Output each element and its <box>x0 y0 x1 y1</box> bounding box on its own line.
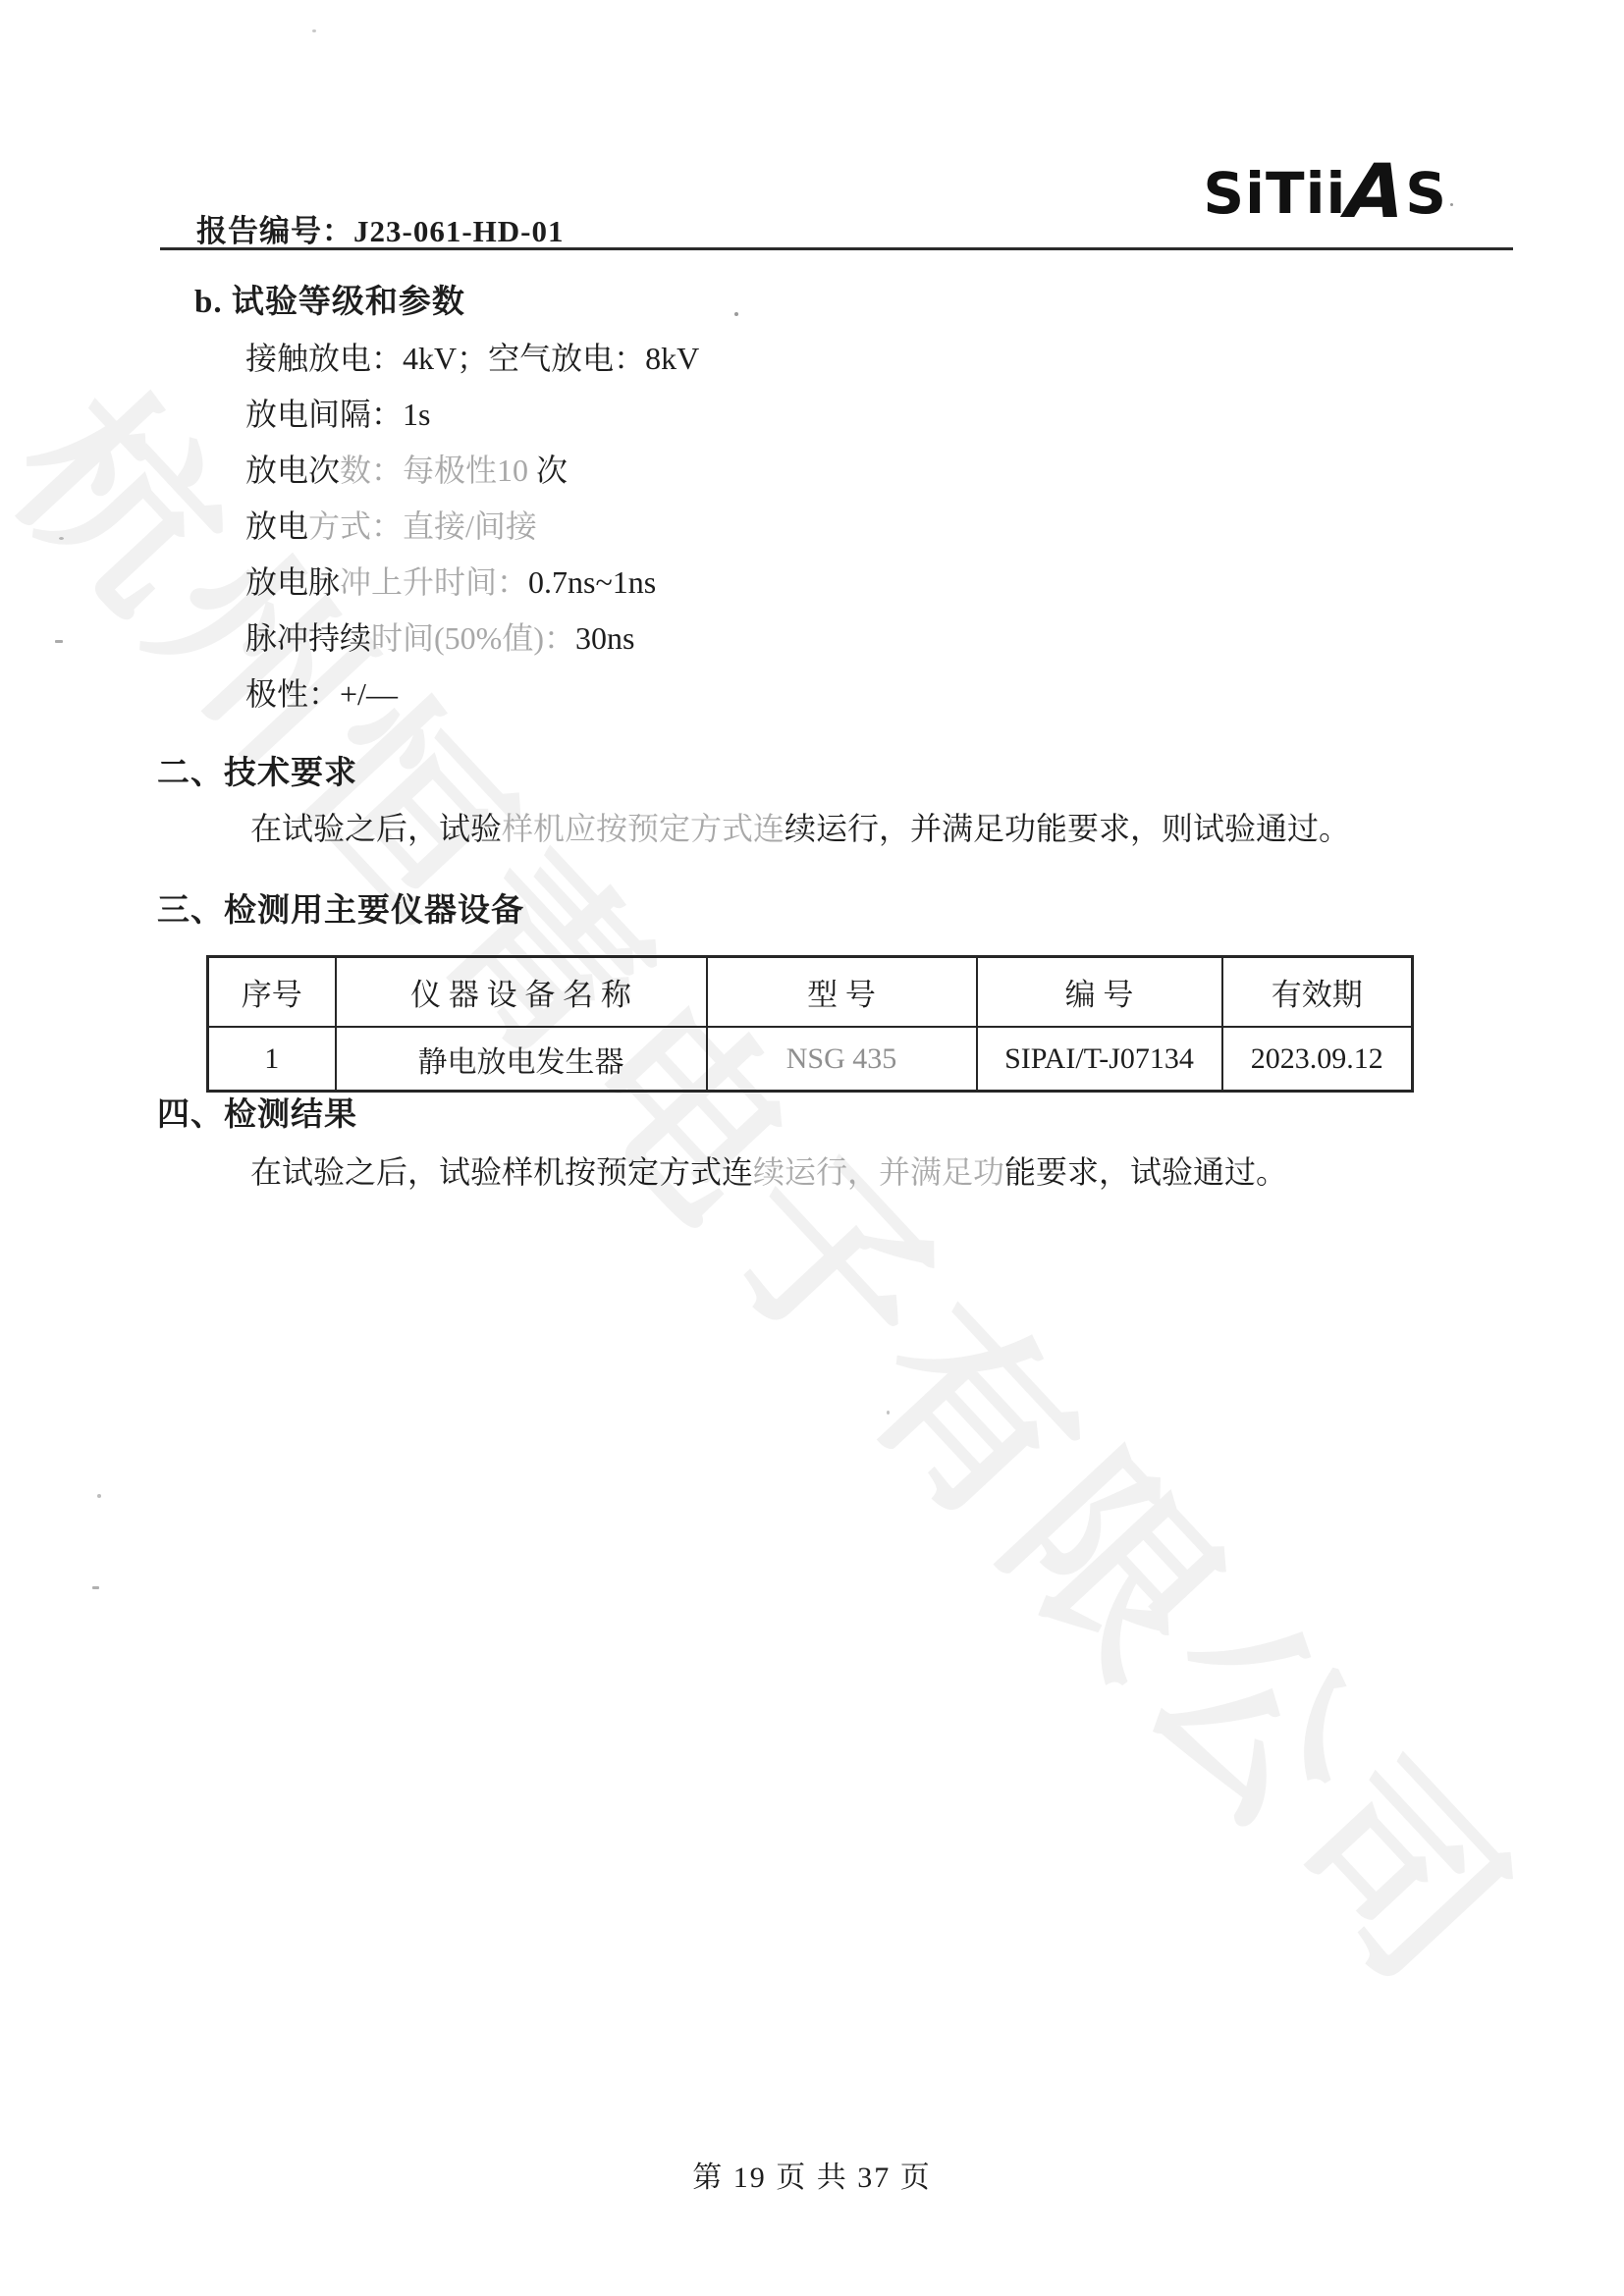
para-text-faded: 样机应按预定方式连 <box>502 811 785 846</box>
param-text-faded: 时间(50%值)： <box>371 620 575 656</box>
para-text: 在试验之后，试验 <box>250 811 502 846</box>
report-number: 报告编号：J23-061-HD-01 <box>196 206 564 250</box>
para-text-faded: 续运行，并满足功 <box>753 1154 1004 1190</box>
param-text-faded: 方式：直接/间接 <box>308 508 537 544</box>
cell-equipment-name: 静电放电发生器 <box>336 1027 707 1092</box>
param-rise-time: 放电脉冲上升时间：0.7ns~1ns <box>245 564 656 601</box>
cell-model: NSG 435 <box>707 1027 977 1092</box>
col-header-serial: 编 号 <box>977 957 1222 1028</box>
para-text: 续运行，并满足功能要求，则试验通过。 <box>785 811 1350 846</box>
param-text-faded: 数：每极性10 <box>340 453 528 488</box>
param-polarity: 极性：+/— <box>245 676 398 713</box>
param-text: 极性：+/— <box>245 676 398 712</box>
scan-speck <box>97 1494 101 1498</box>
col-header-model: 型 号 <box>707 957 977 1028</box>
param-discharge-mode: 放电方式：直接/间接 <box>245 508 537 545</box>
sitiias-logo: SiTiiAS <box>1203 165 1447 222</box>
page-number-footer: 第 19 页 共 37 页 <box>0 2153 1624 2196</box>
equipment-table: 序号 仪 器 设 备 名 称 型 号 编 号 有效期 1 静电放电发生器 NSG… <box>206 955 1414 1093</box>
param-text: 30ns <box>575 620 634 656</box>
param-pulse-duration: 脉冲持续时间(50%值)：30ns <box>245 620 634 657</box>
col-header-validity: 有效期 <box>1222 957 1413 1028</box>
section-4-heading: 四、检测结果 <box>157 1097 357 1135</box>
section-2-paragraph: 在试验之后，试验样机应按预定方式连续运行，并满足功能要求，则试验通过。 <box>250 811 1350 847</box>
cell-validity: 2023.09.12 <box>1222 1027 1413 1092</box>
param-text: 0.7ns~1ns <box>528 564 656 600</box>
section-3-heading: 三、检测用主要仪器设备 <box>157 893 524 931</box>
para-text: 能要求，试验通过。 <box>1004 1154 1287 1190</box>
logo-text-pre: SiTii <box>1203 160 1346 227</box>
param-contact-discharge: 接触放电：4kV；空气放电：8kV <box>245 341 699 377</box>
param-text: 放电 <box>245 508 308 544</box>
param-discharge-interval: 放电间隔：1s <box>245 397 430 433</box>
scan-speck <box>92 1586 99 1589</box>
header-divider <box>160 247 1513 250</box>
section-b-heading: b. 试验等级和参数 <box>194 285 465 322</box>
section-4-paragraph: 在试验之后，试验样机按预定方式连续运行，并满足功能要求，试验通过。 <box>250 1154 1287 1191</box>
cell-index: 1 <box>208 1027 336 1092</box>
scan-speck <box>887 1411 890 1415</box>
param-text: 放电次 <box>245 453 340 488</box>
section-2-heading: 二、技术要求 <box>157 756 357 793</box>
table-header-row: 序号 仪 器 设 备 名 称 型 号 编 号 有效期 <box>208 957 1413 1028</box>
param-text: 脉冲持续 <box>245 620 371 656</box>
col-header-index: 序号 <box>208 957 336 1028</box>
cell-serial: SIPAI/T-J07134 <box>977 1027 1222 1092</box>
param-text: 接触放电：4kV；空气放电：8kV <box>245 341 699 376</box>
scanned-report-page: 杭州恒青电子有限公司 报告编号：J23-061-HD-01 SiTiiAS b.… <box>0 0 1624 2296</box>
scan-speck <box>55 640 63 643</box>
logo-text-post: S <box>1405 160 1447 227</box>
page-content: 报告编号：J23-061-HD-01 SiTiiAS b. 试验等级和参数 接触… <box>0 0 1624 2296</box>
param-text: 放电间隔：1s <box>245 397 430 432</box>
scan-speck <box>1450 203 1453 206</box>
para-text: 在试验之后，试验样机按预定方式连 <box>250 1154 753 1190</box>
param-text: 次 <box>528 453 568 488</box>
table-row: 1 静电放电发生器 NSG 435 SIPAI/T-J07134 2023.09… <box>208 1027 1413 1092</box>
param-text-faded: 冲上升时间： <box>340 564 528 600</box>
col-header-equipment-name: 仪 器 设 备 名 称 <box>336 957 707 1028</box>
scan-speck <box>312 29 316 32</box>
scan-speck <box>734 312 738 316</box>
param-text: 放电脉 <box>245 564 340 600</box>
scan-speck <box>59 537 64 540</box>
param-discharge-count: 放电次数：每极性10 次 <box>245 453 568 489</box>
